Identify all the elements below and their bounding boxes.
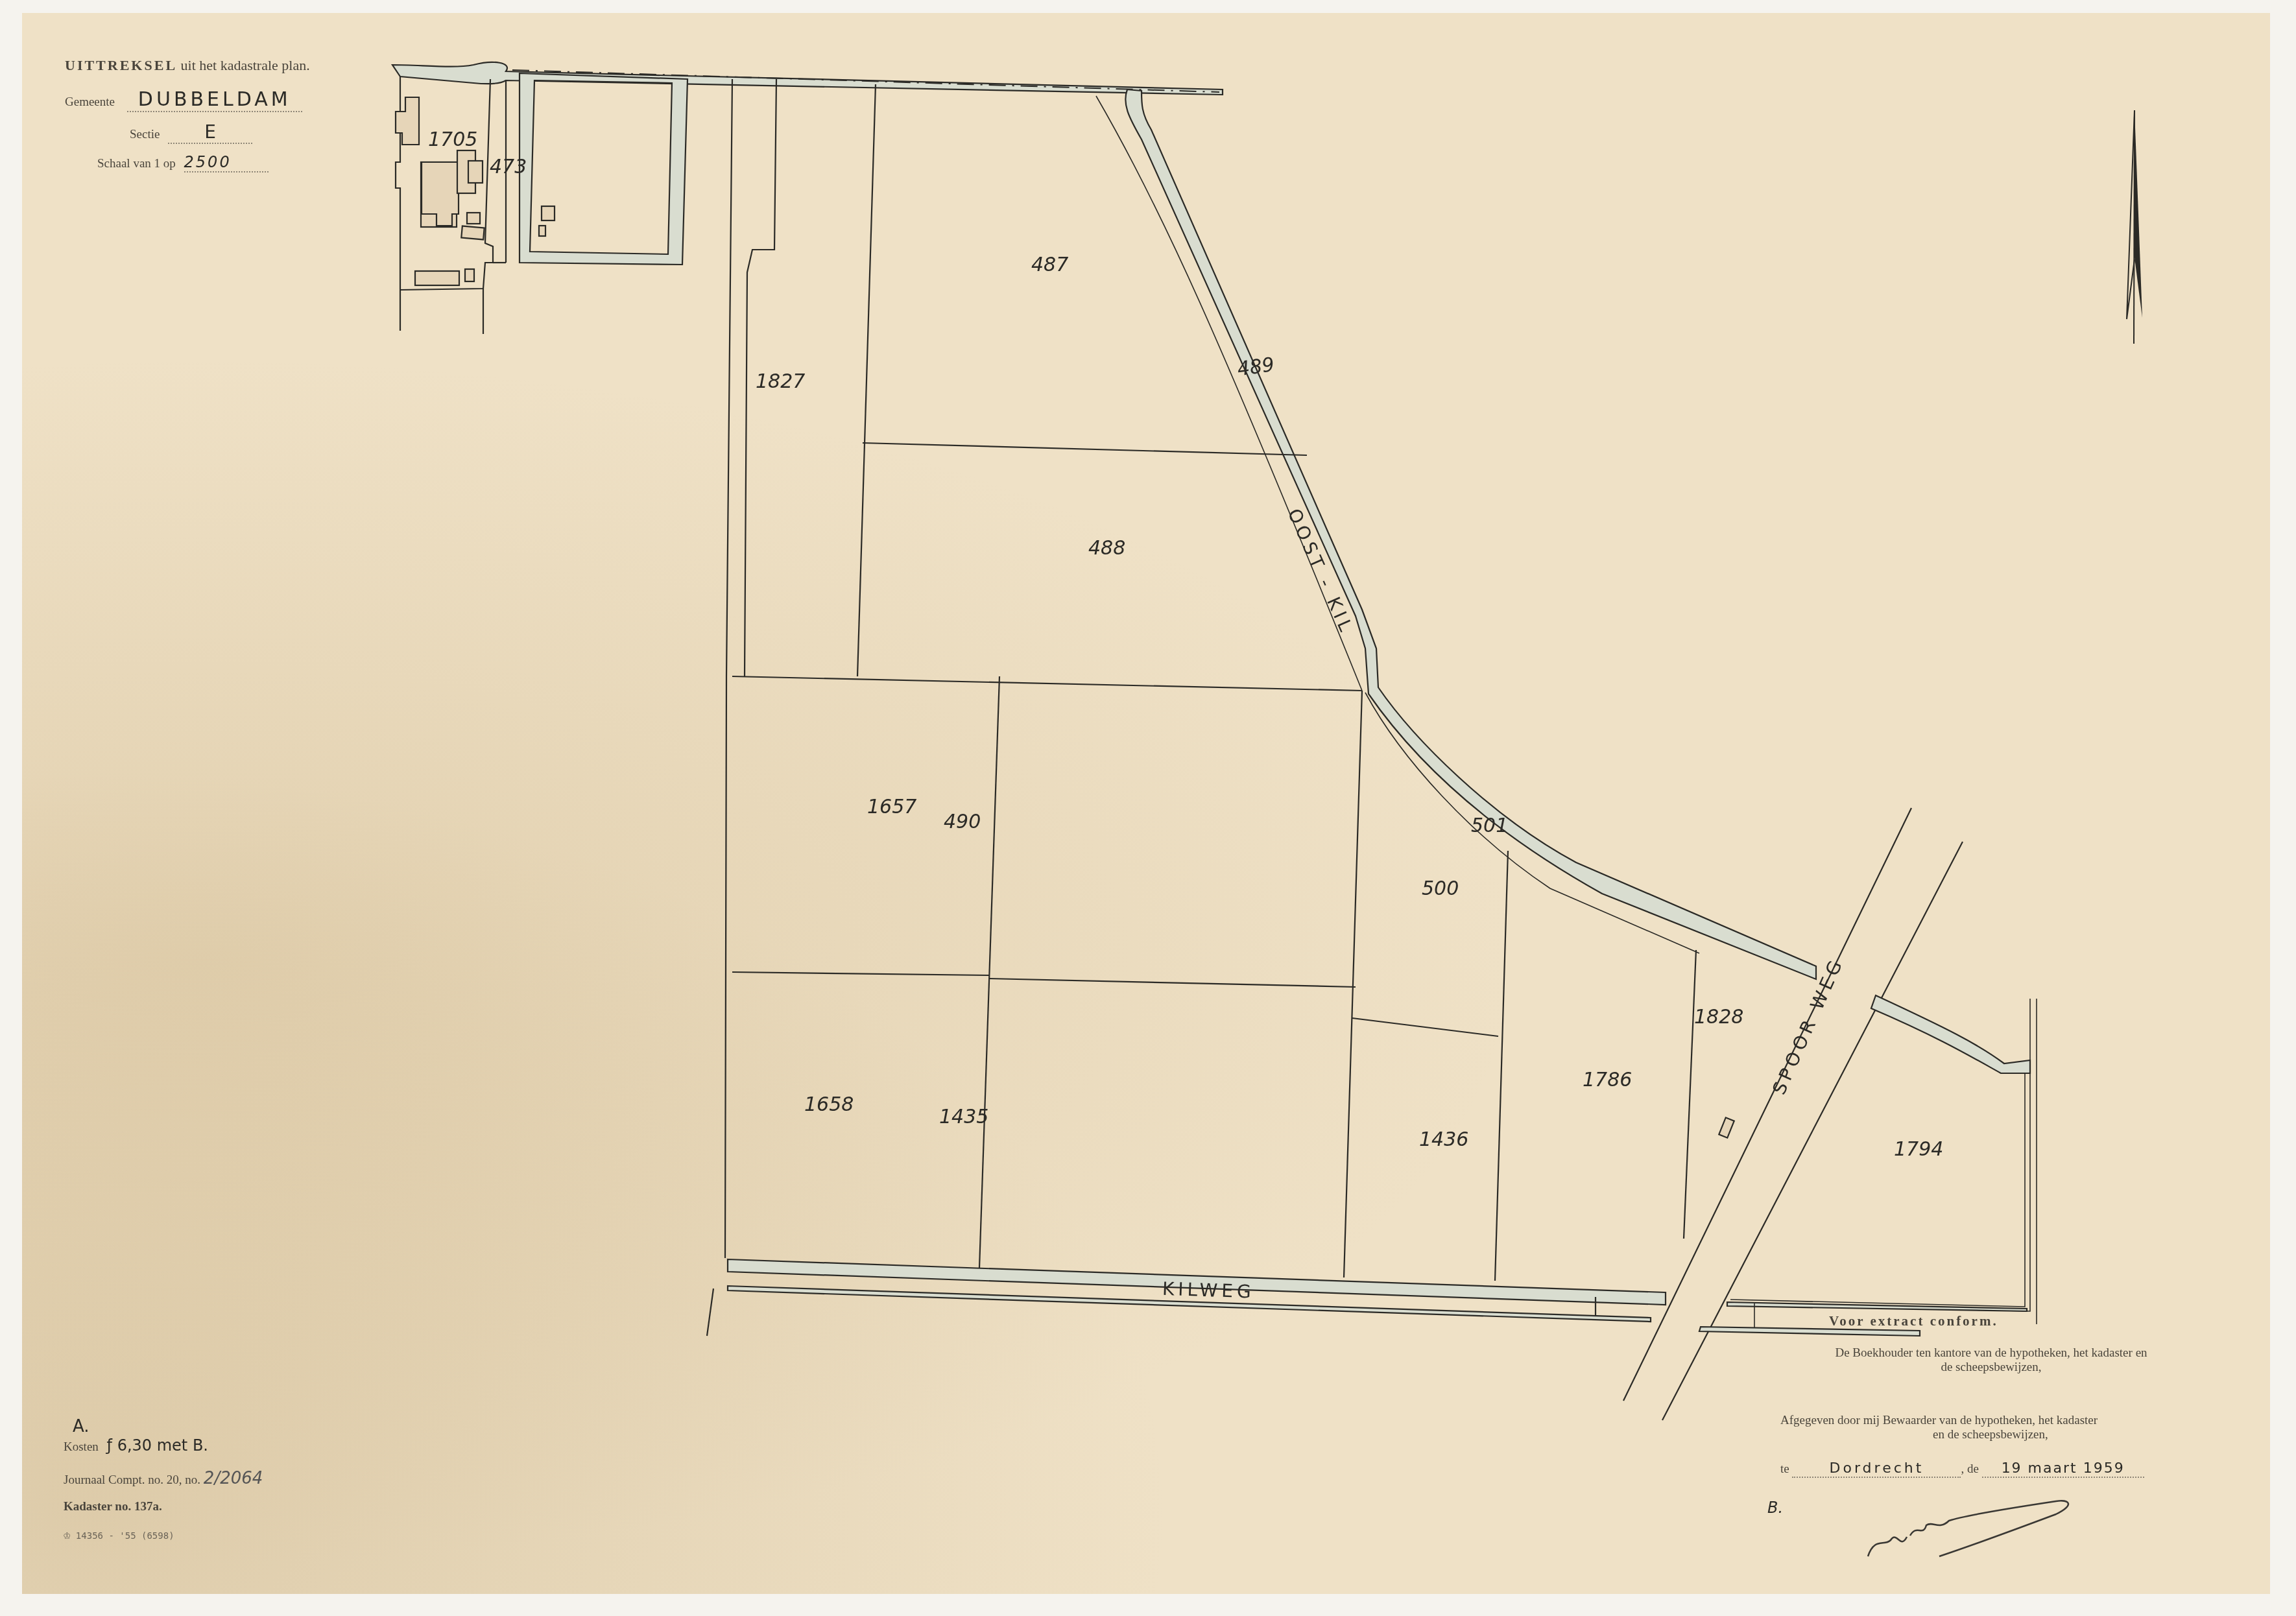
- parcel-number: 1705: [428, 128, 477, 151]
- parcel-number: 1786: [1583, 1069, 1632, 1091]
- crown-emblem-icon: ♔: [64, 1528, 71, 1542]
- mark-a: A.: [73, 1417, 362, 1436]
- afgegeven-line-2: en de scheepsbewijzen,: [1933, 1428, 2218, 1442]
- north-arrow-icon: [2127, 110, 2142, 344]
- building: [396, 97, 419, 145]
- kosten-value: ƒ 6,30 met B.: [107, 1436, 208, 1455]
- journaal-value: 2/2064: [204, 1469, 263, 1488]
- parcel-number: 473: [490, 156, 527, 178]
- parcel-number: 1657: [867, 796, 916, 818]
- railway-west-edge: [1623, 808, 1911, 1401]
- parcel-number: 501: [1471, 814, 1508, 837]
- building: [467, 213, 480, 224]
- parcel-number: 1436: [1419, 1128, 1468, 1151]
- afgegeven-line-1: Afgegeven door mij Bewaarder van de hypo…: [1780, 1414, 2218, 1428]
- parcel-number: 488: [1088, 537, 1125, 560]
- cost-block: A. Kosten ƒ 6,30 met B. Journaal Compt. …: [64, 1417, 362, 1542]
- date-value: 19 maart 1959: [1982, 1460, 2144, 1478]
- signature: [1861, 1485, 2095, 1563]
- building: [542, 206, 555, 220]
- place-value: Dordrecht: [1792, 1460, 1961, 1478]
- parcel-number: 1827: [756, 370, 805, 393]
- journaal-row: Journaal Compt. no. 20, no. 2/2064: [64, 1469, 362, 1488]
- boekhouder-line-1: De Boekhouder ten kantore van de hypothe…: [1764, 1346, 2218, 1361]
- boekhouder-line-2: de scheepsbewijzen,: [1764, 1361, 2218, 1375]
- building: [461, 226, 484, 240]
- parcel-number: 489: [1236, 353, 1276, 381]
- parcel-number: 500: [1422, 877, 1459, 900]
- parcel-number: 1828: [1694, 1006, 1743, 1028]
- oost-kil: [1125, 89, 1816, 979]
- parcel-number: 1794: [1894, 1138, 1943, 1161]
- conform-label: Voor extract conform.: [1829, 1313, 2218, 1329]
- kadaster-number: Kadaster no. 137a.: [64, 1500, 362, 1514]
- parcel-number: 1658: [804, 1093, 854, 1116]
- place-date-row: te Dordrecht, de 19 maart 1959: [1780, 1460, 2218, 1478]
- parcel-number: 487: [1031, 254, 1068, 276]
- kosten-row: Kosten ƒ 6,30 met B.: [64, 1436, 362, 1455]
- building: [465, 269, 474, 281]
- top-canal: [392, 62, 1223, 95]
- print-code: ♔14356 - '55 (6598): [64, 1528, 362, 1542]
- east-canal: [1871, 995, 2030, 1073]
- parcel-number: 490: [944, 811, 981, 833]
- kilweg-label: KILWEG: [1162, 1278, 1255, 1303]
- railway-hut: [1719, 1117, 1734, 1137]
- building: [468, 161, 483, 183]
- building: [539, 226, 545, 236]
- parcel-number: 1435: [939, 1106, 988, 1128]
- building: [415, 271, 459, 285]
